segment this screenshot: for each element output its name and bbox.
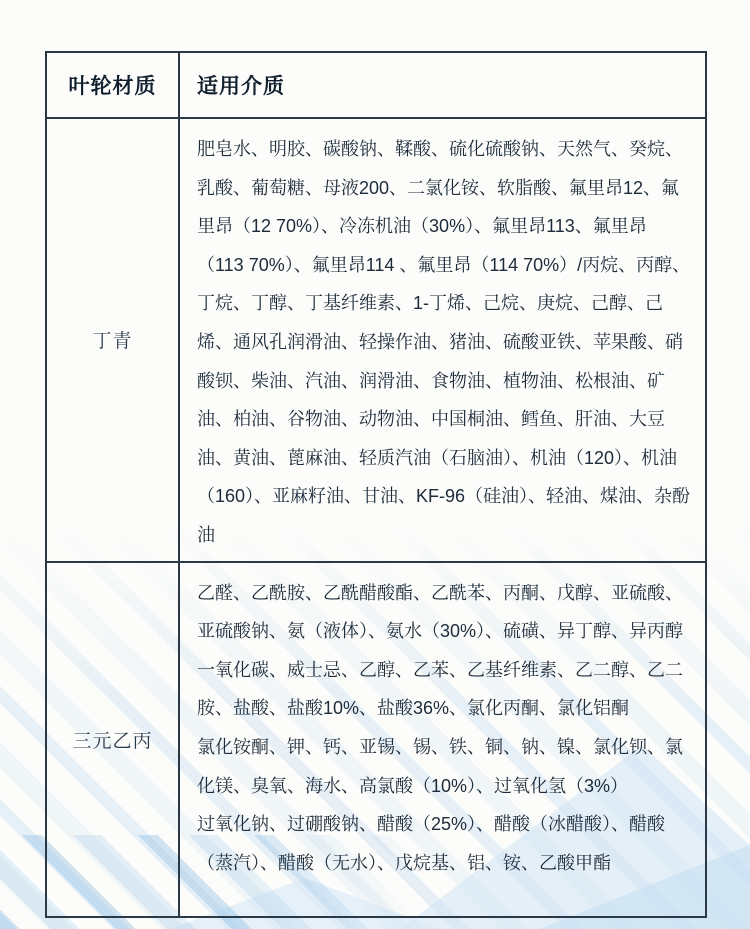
header-applicable-media: 适用介质 bbox=[179, 52, 706, 118]
impeller-media-table: 叶轮材质 适用介质 丁青 肥皂水、明胶、碳酸钠、鞣酸、硫化硫酸钠、天然气、癸烷、… bbox=[45, 51, 707, 918]
table-row-epdm: 三元乙丙 乙醛、乙酰胺、乙酰醋酸酯、乙酰苯、丙酮、戊醇、亚硫酸、亚硫酸钠、氨（液… bbox=[46, 562, 706, 917]
material-cell-nitrile: 丁青 bbox=[46, 118, 179, 562]
header-row: 叶轮材质 适用介质 bbox=[46, 52, 706, 118]
media-cell-epdm: 乙醛、乙酰胺、乙酰醋酸酯、乙酰苯、丙酮、戊醇、亚硫酸、亚硫酸钠、氨（液体）、氨水… bbox=[179, 562, 706, 917]
table-row-nitrile: 丁青 肥皂水、明胶、碳酸钠、鞣酸、硫化硫酸钠、天然气、癸烷、乳酸、葡萄糖、母液2… bbox=[46, 118, 706, 562]
material-cell-epdm: 三元乙丙 bbox=[46, 562, 179, 917]
media-cell-nitrile: 肥皂水、明胶、碳酸钠、鞣酸、硫化硫酸钠、天然气、癸烷、乳酸、葡萄糖、母液200、… bbox=[179, 118, 706, 562]
scanned-page: 叶轮材质 适用介质 丁青 肥皂水、明胶、碳酸钠、鞣酸、硫化硫酸钠、天然气、癸烷、… bbox=[0, 0, 750, 929]
header-impeller-material: 叶轮材质 bbox=[46, 52, 179, 118]
